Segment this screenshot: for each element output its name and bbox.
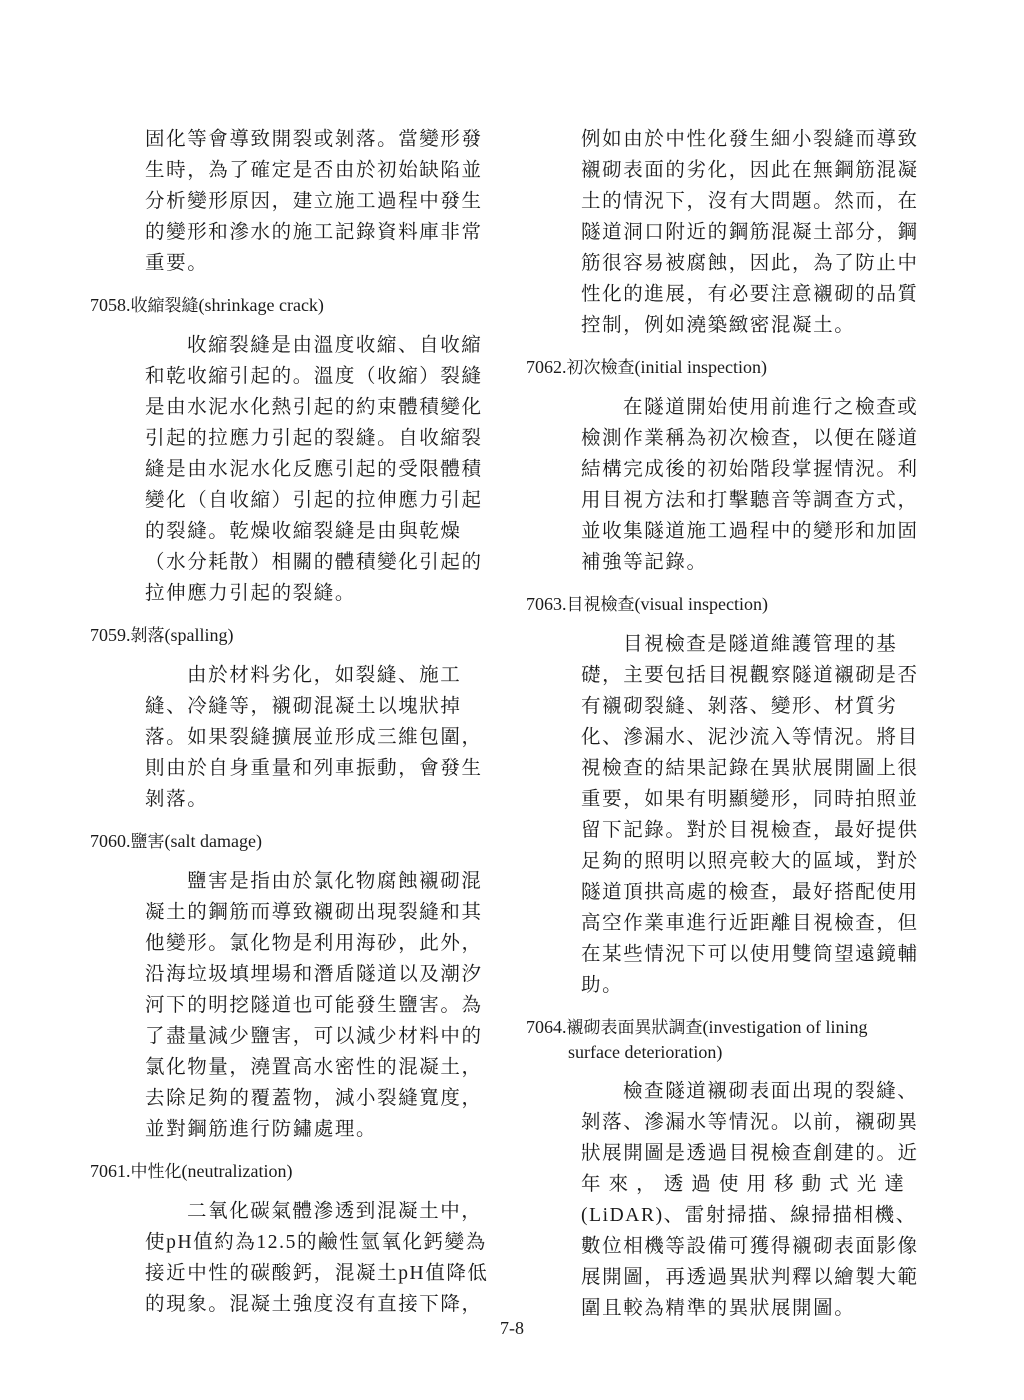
text-line: 河下的明挖隧道也可能發生鹽害。為 bbox=[145, 990, 500, 1021]
entry-code: 7058. bbox=[90, 295, 131, 315]
text-line: 固化等會導致開裂或剝落。當變形發 bbox=[145, 124, 500, 155]
entry-body-7064: 檢查隧道襯砌表面出現的裂縫、 剝落、滲漏水等情況。以前，襯砌異 狀展開圖是透過目… bbox=[581, 1076, 938, 1324]
entry-heading-7061: 7061.中性化(neutralization) bbox=[90, 1159, 500, 1184]
text-line: 檢測作業稱為初次檢查，以便在隧道 bbox=[581, 423, 938, 454]
text-line: 的現象。混凝土強度沒有直接下降， bbox=[145, 1289, 500, 1320]
continued-paragraph: 固化等會導致開裂或剝落。當變形發 生時，為了確定是否由於初始缺陷並 分析變形原因… bbox=[145, 124, 500, 279]
text-line: 用目視方法和打擊聽音等調查方式， bbox=[581, 485, 938, 516]
left-column: 固化等會導致開裂或剝落。當變形發 生時，為了確定是否由於初始缺陷並 分析變形原因… bbox=[90, 124, 500, 1320]
text-line: 高空作業車進行近距離目視檢查，但 bbox=[581, 908, 938, 939]
text-line: 是由水泥水化熱引起的約束體積變化 bbox=[145, 392, 500, 423]
text-line: 他變形。氯化物是利用海砂，此外， bbox=[145, 928, 500, 959]
entry-code: 7059. bbox=[90, 625, 131, 645]
text-line: 並收集隧道施工過程中的變形和加固 bbox=[581, 516, 938, 547]
text-line: 礎，主要包括目視觀察隧道襯砌是否 bbox=[581, 660, 938, 691]
text-line: 縫是由水泥水化反應引起的受限體積 bbox=[145, 454, 500, 485]
text-line: 的變形和滲水的施工記錄資料庫非常 bbox=[145, 217, 500, 248]
entry-term-en: (salt damage) bbox=[165, 831, 262, 851]
text-line: 凝土的鋼筋而導致襯砌出現裂縫和其 bbox=[145, 897, 500, 928]
text-line: 隧道洞口附近的鋼筋混凝土部分，鋼 bbox=[581, 217, 938, 248]
text-line: （水分耗散）相關的體積變化引起的 bbox=[145, 547, 500, 578]
text-line: 展開圖，再透過異狀判釋以繪製大範 bbox=[581, 1262, 938, 1293]
text-line: 分析變形原因，建立施工過程中發生 bbox=[145, 186, 500, 217]
entry-term-zh: 鹽害 bbox=[131, 832, 165, 852]
text-line: 視檢查的結果記錄在異狀展開圖上很 bbox=[581, 753, 938, 784]
text-line: 剝落、滲漏水等情況。以前，襯砌異 bbox=[581, 1107, 938, 1138]
entry-term-zh: 剝落 bbox=[131, 626, 165, 646]
right-column: 例如由於中性化發生細小裂縫而導致 襯砌表面的劣化，因此在無鋼筋混凝 土的情況下，… bbox=[526, 124, 938, 1324]
entry-heading-7064: 7064.襯砌表面異狀調查(investigation of liningsur… bbox=[526, 1015, 938, 1064]
entry-term-en: (shrinkage crack) bbox=[199, 295, 324, 315]
entry-term-zh: 收縮裂縫 bbox=[131, 296, 199, 316]
entry-body-7061: 二氧化碳氣體滲透到混凝土中， 使pH值約為12.5的鹼性氫氧化鈣變為 接近中性的… bbox=[145, 1196, 500, 1320]
text-line: 襯砌表面的劣化，因此在無鋼筋混凝 bbox=[581, 155, 938, 186]
text-line: 二氧化碳氣體滲透到混凝土中， bbox=[145, 1196, 500, 1227]
text-line: 接近中性的碳酸鈣，混凝土pH值降低 bbox=[145, 1258, 500, 1289]
entry-heading-7062: 7062.初次檢查(initial inspection) bbox=[526, 355, 938, 380]
entry-heading-7063: 7063.目視檢查(visual inspection) bbox=[526, 592, 938, 617]
text-line: 重要，如果有明顯變形，同時拍照並 bbox=[581, 784, 938, 815]
entry-term-zh: 中性化 bbox=[131, 1162, 182, 1182]
text-line: 隧道頂拱高處的檢查，最好搭配使用 bbox=[581, 877, 938, 908]
text-line: 土的情況下，沒有大問題。然而，在 bbox=[581, 186, 938, 217]
text-line: 了盡量減少鹽害，可以減少材料中的 bbox=[145, 1021, 500, 1052]
text-line: 化、滲漏水、泥沙流入等情況。將目 bbox=[581, 722, 938, 753]
text-line: 和乾收縮引起的。溫度（收縮）裂縫 bbox=[145, 361, 500, 392]
entry-term-zh: 初次檢查 bbox=[567, 358, 635, 378]
text-line: 結構完成後的初始階段掌握情況。利 bbox=[581, 454, 938, 485]
entry-code: 7060. bbox=[90, 831, 131, 851]
entry-code: 7061. bbox=[90, 1161, 131, 1181]
text-line: 補強等記錄。 bbox=[581, 547, 938, 578]
entry-term-en: (investigation of lining bbox=[703, 1017, 868, 1037]
text-line: 由於材料劣化，如裂縫、施工 bbox=[145, 660, 500, 691]
text-line: 有襯砌裂縫、剝落、變形、材質劣 bbox=[581, 691, 938, 722]
entry-term-en: (visual inspection) bbox=[635, 594, 768, 614]
text-line: 足夠的照明以照亮較大的區域，對於 bbox=[581, 846, 938, 877]
text-line: 的裂縫。乾燥收縮裂縫是由與乾燥 bbox=[145, 516, 500, 547]
page-number: 7-8 bbox=[0, 1318, 1024, 1339]
entry-term-zh: 襯砌表面異狀調查 bbox=[567, 1018, 703, 1038]
text-line: 助。 bbox=[581, 970, 938, 1001]
text-line: 生時，為了確定是否由於初始缺陷並 bbox=[145, 155, 500, 186]
text-line: (LiDAR)、雷射掃描、線掃描相機、 bbox=[581, 1200, 938, 1231]
entry-body-7059: 由於材料劣化，如裂縫、施工 縫、冷縫等，襯砌混凝土以塊狀掉 落。如果裂縫擴展並形… bbox=[145, 660, 500, 815]
entry-code: 7062. bbox=[526, 357, 567, 377]
entry-term-en: (initial inspection) bbox=[635, 357, 767, 377]
text-line: 則由於自身重量和列車振動，會發生 bbox=[145, 753, 500, 784]
entry-term-en: (spalling) bbox=[165, 625, 234, 645]
text-line: 目視檢查是隧道維護管理的基 bbox=[581, 629, 938, 660]
text-line: 性化的進展，有必要注意襯砌的品質 bbox=[581, 279, 938, 310]
text-line: 數位相機等設備可獲得襯砌表面影像 bbox=[581, 1231, 938, 1262]
entry-term-zh: 目視檢查 bbox=[567, 595, 635, 615]
text-line: 檢查隧道襯砌表面出現的裂縫、 bbox=[581, 1076, 938, 1107]
entry-body-7058: 收縮裂縫是由溫度收縮、自收縮 和乾收縮引起的。溫度（收縮）裂縫 是由水泥水化熱引… bbox=[145, 330, 500, 609]
text-line: 留下記錄。對於目視檢查，最好提供 bbox=[581, 815, 938, 846]
entry-heading-7059: 7059.剝落(spalling) bbox=[90, 623, 500, 648]
text-line: 使pH值約為12.5的鹼性氫氧化鈣變為 bbox=[145, 1227, 500, 1258]
text-line: 控制，例如澆築緻密混凝土。 bbox=[581, 310, 938, 341]
entry-body-7062: 在隧道開始使用前進行之檢查或 檢測作業稱為初次檢查，以便在隧道 結構完成後的初始… bbox=[581, 392, 938, 578]
entry-term-en: (neutralization) bbox=[182, 1161, 293, 1181]
text-line: 氯化物量，澆置高水密性的混凝土， bbox=[145, 1052, 500, 1083]
continued-paragraph: 例如由於中性化發生細小裂縫而導致 襯砌表面的劣化，因此在無鋼筋混凝 土的情況下，… bbox=[581, 124, 938, 341]
text-line: 年 來 ， 透 過 使 用 移 動 式 光 達 bbox=[581, 1169, 938, 1200]
text-line: 沿海垃圾填埋場和潛盾隧道以及潮汐 bbox=[145, 959, 500, 990]
entry-code: 7063. bbox=[526, 594, 567, 614]
entry-body-7060: 鹽害是指由於氯化物腐蝕襯砌混 凝土的鋼筋而導致襯砌出現裂縫和其 他變形。氯化物是… bbox=[145, 866, 500, 1145]
text-line: 落。如果裂縫擴展並形成三維包圍， bbox=[145, 722, 500, 753]
text-line: 在隧道開始使用前進行之檢查或 bbox=[581, 392, 938, 423]
text-line: 引起的拉應力引起的裂縫。自收縮裂 bbox=[145, 423, 500, 454]
text-line: 變化（自收縮）引起的拉伸應力引起 bbox=[145, 485, 500, 516]
text-line: 筋很容易被腐蝕，因此，為了防止中 bbox=[581, 248, 938, 279]
text-line: 並對鋼筋進行防鏽處理。 bbox=[145, 1114, 500, 1145]
entry-code: 7064. bbox=[526, 1017, 567, 1037]
text-line: 收縮裂縫是由溫度收縮、自收縮 bbox=[145, 330, 500, 361]
entry-heading-7058: 7058.收縮裂縫(shrinkage crack) bbox=[90, 293, 500, 318]
text-line: 拉伸應力引起的裂縫。 bbox=[145, 578, 500, 609]
text-line: 剝落。 bbox=[145, 784, 500, 815]
text-line: 在某些情況下可以使用雙筒望遠鏡輔 bbox=[581, 939, 938, 970]
text-line: 去除足夠的覆蓋物，減小裂縫寬度， bbox=[145, 1083, 500, 1114]
text-line: 鹽害是指由於氯化物腐蝕襯砌混 bbox=[145, 866, 500, 897]
entry-body-7063: 目視檢查是隧道維護管理的基 礎，主要包括目視觀察隧道襯砌是否 有襯砌裂縫、剝落、… bbox=[581, 629, 938, 1001]
text-line: 例如由於中性化發生細小裂縫而導致 bbox=[581, 124, 938, 155]
entry-term-en-continued: surface deterioration) bbox=[526, 1040, 938, 1064]
text-line: 狀展開圖是透過目視檢查創建的。近 bbox=[581, 1138, 938, 1169]
entry-heading-7060: 7060.鹽害(salt damage) bbox=[90, 829, 500, 854]
text-line: 縫、冷縫等，襯砌混凝土以塊狀掉 bbox=[145, 691, 500, 722]
text-line: 重要。 bbox=[145, 248, 500, 279]
